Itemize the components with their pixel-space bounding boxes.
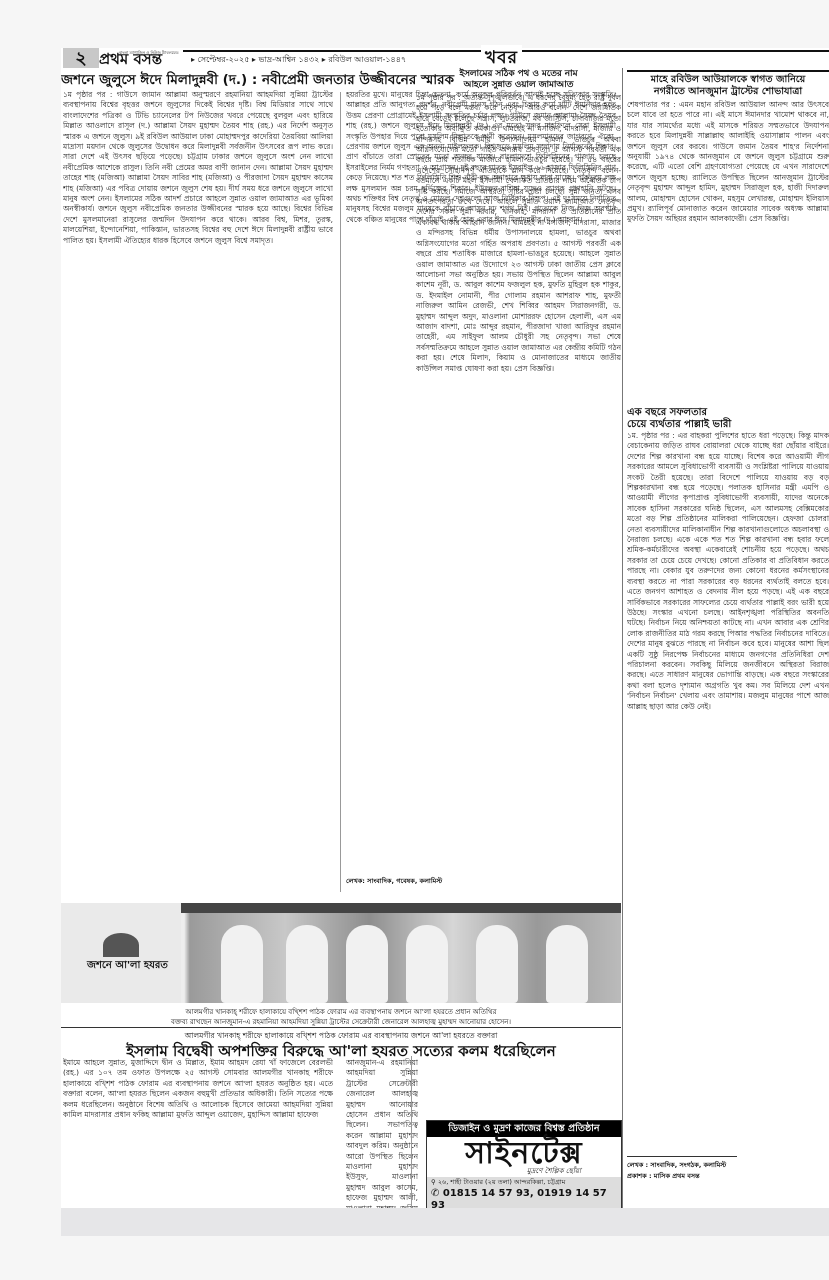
- person-figure: [221, 925, 263, 1003]
- footer-rule: [627, 1156, 737, 1157]
- newspaper-page: ২ বাংলা ম্যাগাজিন ও নিউজ ট্যাবলয়েড প্রথ…: [61, 48, 829, 1208]
- middle-headline-line-2: আহলে সুন্নাত ওয়াল জামাআত: [416, 80, 621, 91]
- right-footer-line-1: লেখক : সাংবাদিক, সংগঠক, কলামিস্ট: [627, 1160, 829, 1171]
- page-bottom-margin: [61, 1208, 829, 1236]
- middle-story-body: ১ম পৃষ্ঠার পর : অত্যন্ত সুশৃঙ্খলভাবে। এ …: [416, 93, 621, 1103]
- second-story-column-2: আনজুমান-এ রহমানিয়া আহমদিয়া সুন্নিয়া ট…: [346, 1058, 418, 1208]
- middle-headline-line-1: ইসলামের সঠিক পথ ও মতের নাম: [416, 69, 621, 80]
- ad-address: ⚲ ২৬, শাহী টাওয়ার (২য় তলা) আন্দরকিল্লা…: [427, 1177, 621, 1188]
- right-story-body: শেষপাতার পর : এমন মহান রবিউল আউয়াল আনন্…: [627, 100, 829, 403]
- right-headline-line-2: নগরীতে আনজুমান ট্রাস্টের শোভাযাত্রা: [627, 86, 829, 98]
- person-figure: [286, 925, 328, 1003]
- right-headline-line-1: মাহে রবিউল আউয়ালকে স্বাগত জানিয়ে: [627, 74, 829, 86]
- column-divider: [411, 1056, 412, 1208]
- mosque-dome-icon: [103, 933, 139, 957]
- middle-story: ইসলামের সঠিক পথ ও মতের নাম আহলে সুন্নাত …: [416, 69, 621, 1103]
- section-tiny-text: বাংলা ম্যাগাজিন ও নিউজ ট্যাবলয়েড: [119, 42, 179, 64]
- jashne-ala-hazrat-poster: জশনে আ'লা হযরত: [61, 903, 181, 1003]
- ad-top-banner: ডিজাইন ও মুদ্রণ কাজের বিশ্বস্ত প্রতিষ্ঠা…: [427, 1121, 621, 1137]
- right-footer-line-2: প্রকাশক : মাসিক প্রথম বসন্ত: [627, 1171, 829, 1182]
- right-subhead-line-1: এক বছরে সফলতার: [627, 407, 829, 419]
- section-title: বাংলা ম্যাগাজিন ও নিউজ ট্যাবলয়েড প্রথম …: [99, 48, 181, 68]
- phone-icon: ✆: [431, 1188, 443, 1199]
- section-rule: [627, 70, 829, 72]
- poster-text: জশনে আ'লা হযরত: [87, 961, 168, 971]
- right-subhead-line-2: চেয়ে ব্যর্থতার পাল্লাই ভারী: [627, 419, 829, 431]
- column-divider: [622, 68, 623, 1208]
- second-story-column-1: ইমামে আহলে সুন্নাত, মুজাদ্দিদে দ্বীন ও ম…: [63, 1058, 333, 1208]
- dateline: ▸ সেপ্টেম্বর-২০২৫ ▸ ভাদ্র-আশ্বিন ১৪৩২ ▸ …: [191, 54, 406, 67]
- page-number: ২: [63, 48, 99, 68]
- ad-address-text: ২৬, শাহী টাওয়ার (২য় তলা) আন্দরকিল্লা, …: [438, 1178, 565, 1186]
- person-figure: [346, 925, 388, 1003]
- right-story: মাহে রবিউল আউয়ালকে স্বাগত জানিয়ে নগরীত…: [627, 74, 829, 1182]
- page-header: ২ বাংলা ম্যাগাজিন ও নিউজ ট্যাবলয়েড প্রথ…: [61, 48, 829, 68]
- column-divider: [340, 92, 341, 892]
- signtex-advertisement[interactable]: ডিজাইন ও মুদ্রণ কাজের বিশ্বস্ত প্রতিষ্ঠা…: [426, 1120, 622, 1210]
- right-story-body-2: ১ম. পৃষ্ঠার পর : এর বাহকরা পুলিশের হাতে …: [627, 431, 829, 1153]
- map-pin-icon: ⚲: [431, 1178, 438, 1186]
- main-story-column-1: ১ম পৃষ্ঠার পর : গাউসে জামান আল্লামা অনুস…: [63, 90, 333, 890]
